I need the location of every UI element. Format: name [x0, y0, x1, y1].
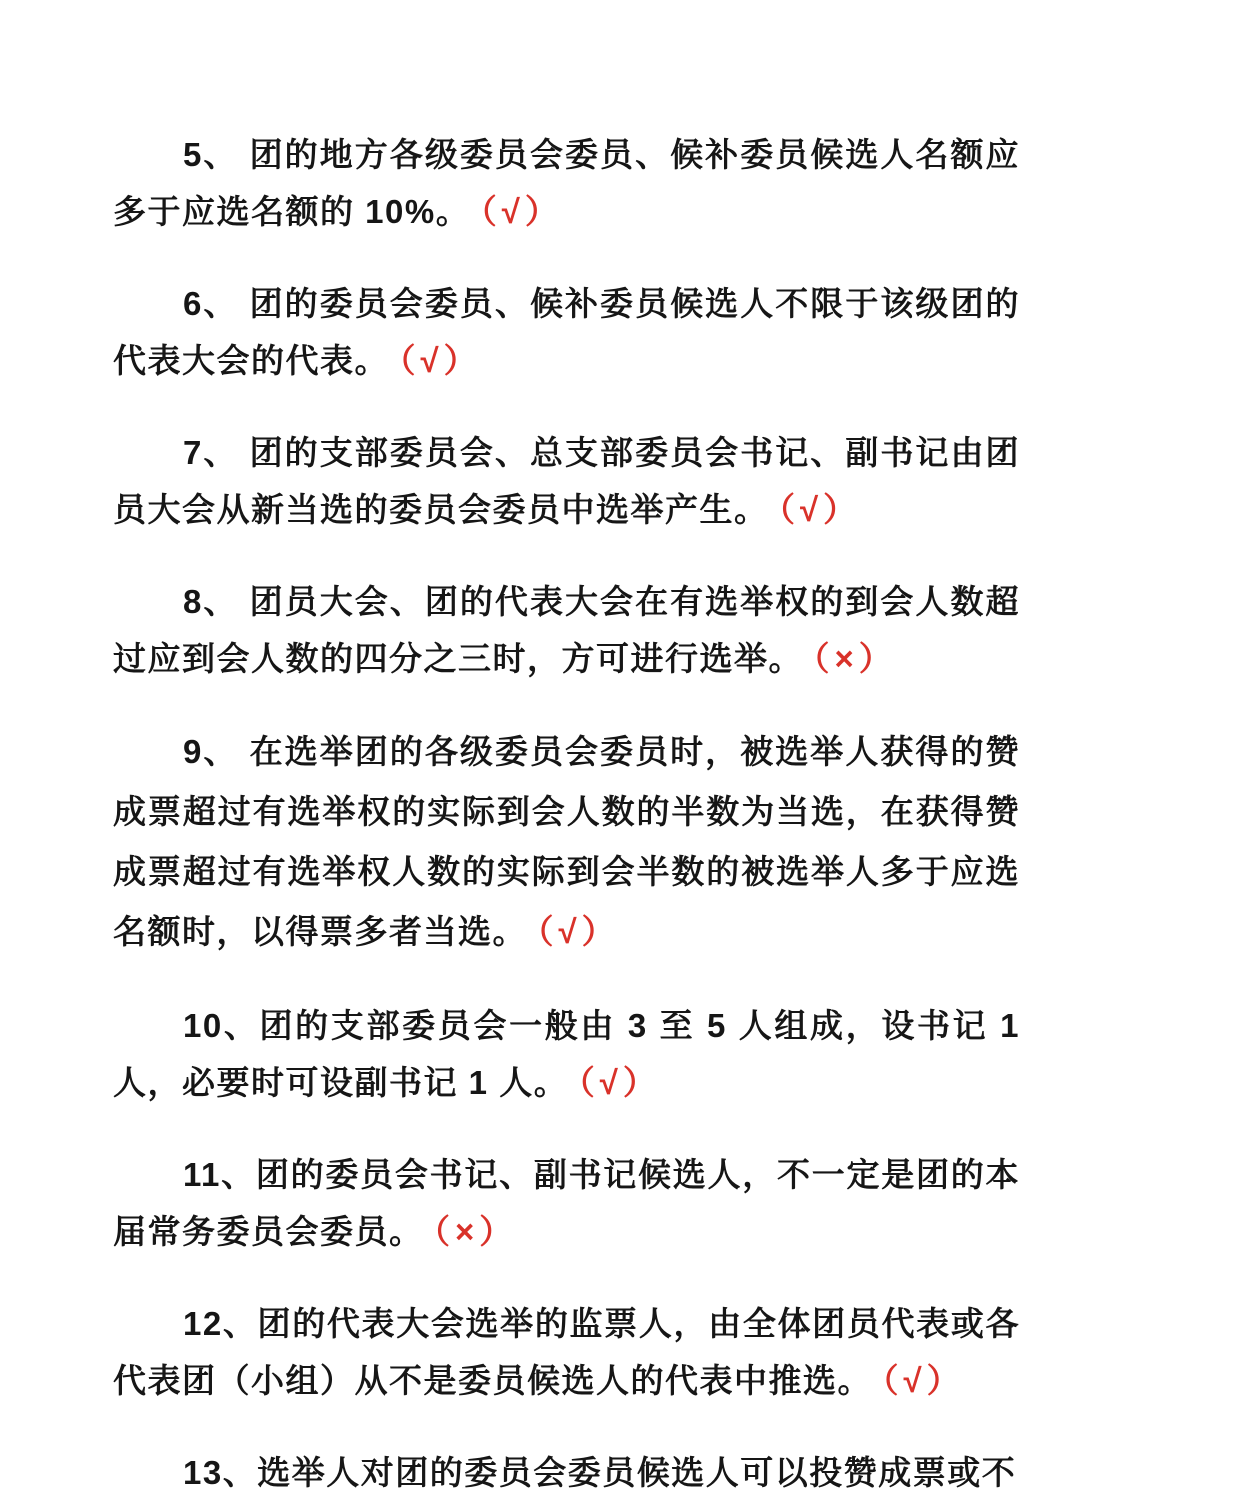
question-5: 5、 团的地方各级委员会委员、候补委员候选人名额应多于应选名额的 10%。（√） — [113, 126, 1020, 240]
question-11-answer-mark-cross: （×） — [434, 1213, 518, 1250]
quiz-document: 5、 团的地方各级委员会委员、候补委员候选人名额应多于应选名额的 10%。（√）… — [0, 0, 1242, 1500]
question-5-text: 5、 团的地方各级委员会委员、候补委员候选人名额应多于应选名额的 10%。 — [113, 136, 1020, 230]
question-10: 10、团的支部委员会一般由 3 至 5 人组成，设书记 1 人，必要时可设副书记… — [113, 997, 1020, 1111]
question-13-text: 13、选举人对团的委员会委员候选人可以投赞成票或不 — [183, 1454, 1016, 1491]
question-10-text: 10、团的支部委员会一般由 3 至 5 人组成，设书记 1 人，必要时可设副书记… — [113, 1007, 1020, 1101]
question-9: 9、 在选举团的各级委员会委员时，被选举人获得的赞成票超过有选举权的实际到会人数… — [113, 722, 1020, 962]
question-11-text: 11、团的委员会书记、副书记候选人，不一定是团的本 届常务委员会委员。 — [113, 1156, 1020, 1250]
question-8: 8、 团员大会、团的代表大会在有选举权的到会人数超过应到会人数的四分之三时，方可… — [113, 573, 1020, 687]
question-7-answer-mark-check: （√） — [779, 491, 862, 528]
question-10-answer-mark-check: （√） — [578, 1064, 661, 1101]
question-12: 12、团的代表大会选举的监票人，由全体团员代表或各代表团（小组）从不是委员候选人… — [113, 1295, 1020, 1409]
question-7: 7、 团的支部委员会、总支部委员会书记、副书记由团员大会从新当选的委员会委员中选… — [113, 424, 1020, 538]
question-12-answer-mark-check: （√） — [882, 1362, 965, 1399]
question-8-answer-mark-cross: （×） — [813, 640, 897, 677]
question-6: 6、 团的委员会委员、候补委员候选人不限于该级团的代表大会的代表。（√） — [113, 275, 1020, 389]
question-13: 13、选举人对团的委员会委员候选人可以投赞成票或不 — [113, 1444, 1020, 1500]
question-11: 11、团的委员会书记、副书记候选人，不一定是团的本 届常务委员会委员。（×） — [113, 1146, 1020, 1260]
question-6-answer-mark-check: （√） — [399, 342, 482, 379]
question-7-text: 7、 团的支部委员会、总支部委员会书记、副书记由团员大会从新当选的委员会委员中选… — [113, 434, 1020, 528]
question-5-answer-mark-check: （√） — [480, 193, 563, 230]
question-9-answer-mark-check: （√） — [537, 913, 620, 950]
question-6-text: 6、 团的委员会委员、候补委员候选人不限于该级团的代表大会的代表。 — [113, 285, 1020, 379]
